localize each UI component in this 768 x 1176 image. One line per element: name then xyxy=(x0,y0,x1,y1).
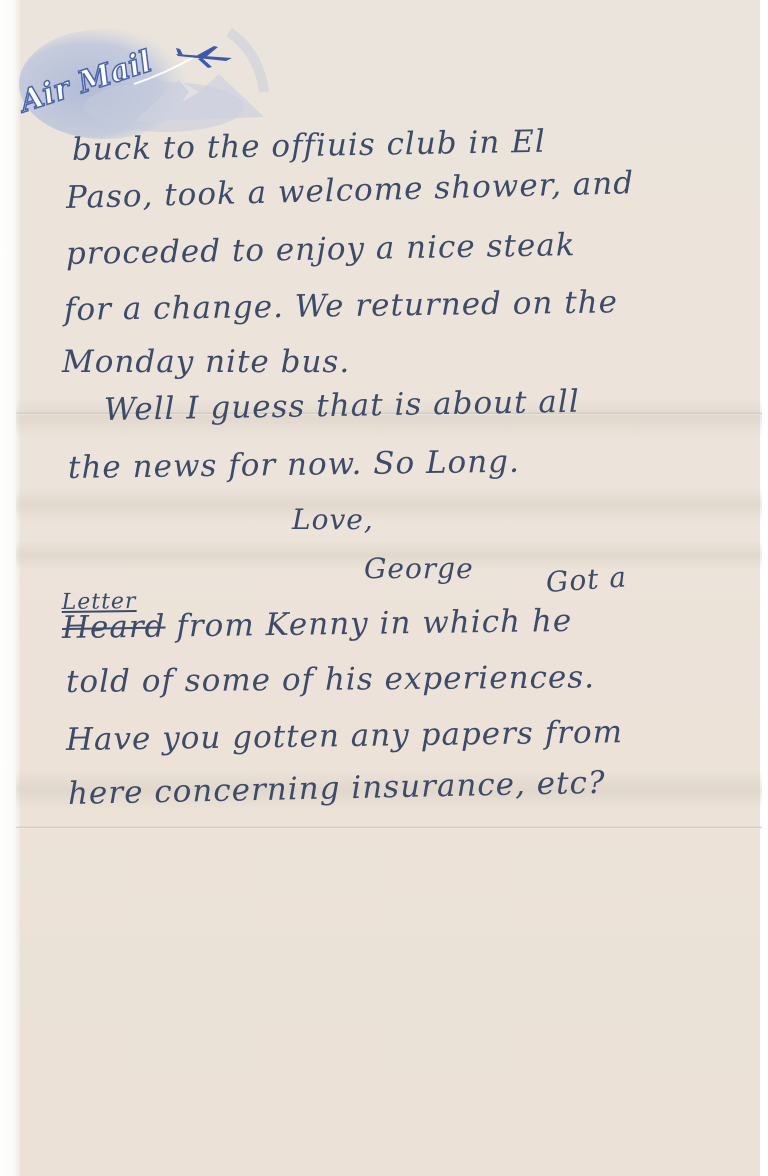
postscript-line-text: from Kenny in which he xyxy=(176,603,572,645)
airmail-cloud-illustration: Air Mail xyxy=(14,12,284,147)
scan-margin-right xyxy=(760,0,768,1176)
letter-closing: Love, xyxy=(292,503,374,536)
fold-line xyxy=(16,826,762,829)
correction-word: Letter xyxy=(61,589,136,615)
struck-word: Letter Heard xyxy=(62,609,166,646)
postscript-line: told of some of his experiences. xyxy=(66,659,595,700)
letter-line: the news for now. So Long. xyxy=(68,444,520,486)
letter-line: Monday nite bus. xyxy=(62,344,350,380)
letter-signature: George xyxy=(364,552,474,585)
airplane-icon xyxy=(174,42,234,72)
postscript-line: Letter Heard from Kenny in which he xyxy=(62,603,573,646)
scan-margin-left xyxy=(0,0,20,1176)
airmail-letterhead: Air Mail xyxy=(14,12,284,147)
postscript-got-a: Got a xyxy=(545,560,628,599)
crease-shadow xyxy=(16,488,762,522)
